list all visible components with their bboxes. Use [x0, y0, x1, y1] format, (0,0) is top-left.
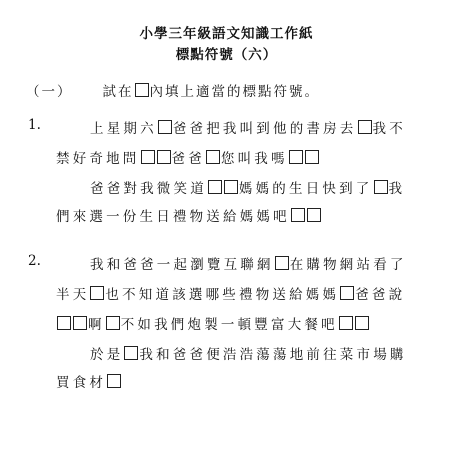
- answer-box[interactable]: [358, 120, 372, 134]
- text: 我和爸爸便浩浩蕩蕩地前往菜市場購: [139, 343, 406, 363]
- answer-box[interactable]: [307, 208, 321, 222]
- text: 於是: [90, 343, 123, 363]
- text: 在購物網站看了: [290, 253, 407, 273]
- answer-box[interactable]: [340, 286, 354, 300]
- text: 爸爸對我微笑道: [90, 177, 207, 197]
- answer-box[interactable]: [224, 180, 238, 194]
- answer-box[interactable]: [206, 150, 220, 164]
- text: 您叫我嗎: [221, 147, 288, 167]
- text: 啊: [88, 313, 105, 333]
- text: 不如我們炮製一頓豐富大餐吧: [121, 313, 338, 333]
- q2-line-1: 我和爸爸一起瀏覽互聯網 在購物網站看了: [90, 253, 407, 273]
- answer-box[interactable]: [141, 150, 155, 164]
- answer-box[interactable]: [73, 316, 87, 330]
- answer-box[interactable]: [339, 316, 353, 330]
- q2-line-4: 於是 我和爸爸便浩浩蕩蕩地前往菜市場購: [90, 343, 407, 363]
- answer-box[interactable]: [305, 150, 319, 164]
- answer-box[interactable]: [291, 208, 305, 222]
- answer-box[interactable]: [90, 286, 104, 300]
- question-number: 2.: [28, 253, 41, 269]
- answer-box[interactable]: [157, 150, 171, 164]
- worksheet-title: 小學三年級語文知識工作紙: [0, 22, 453, 42]
- q1-line-4: 們來選一份生日禮物送給媽媽吧: [56, 205, 322, 225]
- answer-box[interactable]: [289, 150, 303, 164]
- q2-line-2: 半天 也不知道該選哪些禮物送給媽媽 爸爸說: [56, 283, 405, 303]
- answer-box-sample: [135, 83, 149, 97]
- text: 我和爸爸一起瀏覽互聯網: [90, 253, 274, 273]
- text: 買食材: [56, 371, 106, 391]
- text: 爸爸: [172, 147, 205, 167]
- text: 爸爸把我叫到他的書房去: [173, 117, 357, 137]
- q2-line-5: 買食材: [56, 371, 122, 391]
- answer-box[interactable]: [57, 316, 71, 330]
- text: 禁好奇地問: [56, 147, 140, 167]
- q2-line-3: 啊 不如我們炮製一頓豐富大餐吧: [56, 313, 370, 333]
- text: 們來選一份生日禮物送給媽媽吧: [56, 205, 290, 225]
- text: 上星期六: [90, 117, 157, 137]
- text: 我: [389, 177, 406, 197]
- worksheet-subtitle: 標點符號（六）: [0, 43, 453, 63]
- text: 媽媽的生日快到了: [239, 177, 373, 197]
- answer-box[interactable]: [275, 256, 289, 270]
- instruction-text: 試在: [103, 80, 134, 100]
- section-label: （一）: [26, 80, 73, 100]
- answer-box[interactable]: [374, 180, 388, 194]
- answer-box[interactable]: [355, 316, 369, 330]
- answer-box[interactable]: [208, 180, 222, 194]
- q1-line-3: 爸爸對我微笑道 媽媽的生日快到了 我: [90, 177, 405, 197]
- instruction: （一） 試在 內填上適當的標點符號。: [26, 80, 320, 100]
- q1-line-1: 上星期六 爸爸把我叫到他的書房去 我不: [90, 117, 406, 137]
- instruction-text: 內填上適當的標點符號。: [150, 80, 321, 100]
- question-number: 1.: [28, 117, 41, 133]
- text: 爸爸說: [355, 283, 405, 303]
- answer-box[interactable]: [107, 374, 121, 388]
- text: 半天: [56, 283, 89, 303]
- q1-line-2: 禁好奇地問 爸爸 您叫我嗎: [56, 147, 320, 167]
- answer-box[interactable]: [124, 346, 138, 360]
- answer-box[interactable]: [158, 120, 172, 134]
- answer-box[interactable]: [106, 316, 120, 330]
- text: 我不: [373, 117, 406, 137]
- text: 也不知道該選哪些禮物送給媽媽: [105, 283, 339, 303]
